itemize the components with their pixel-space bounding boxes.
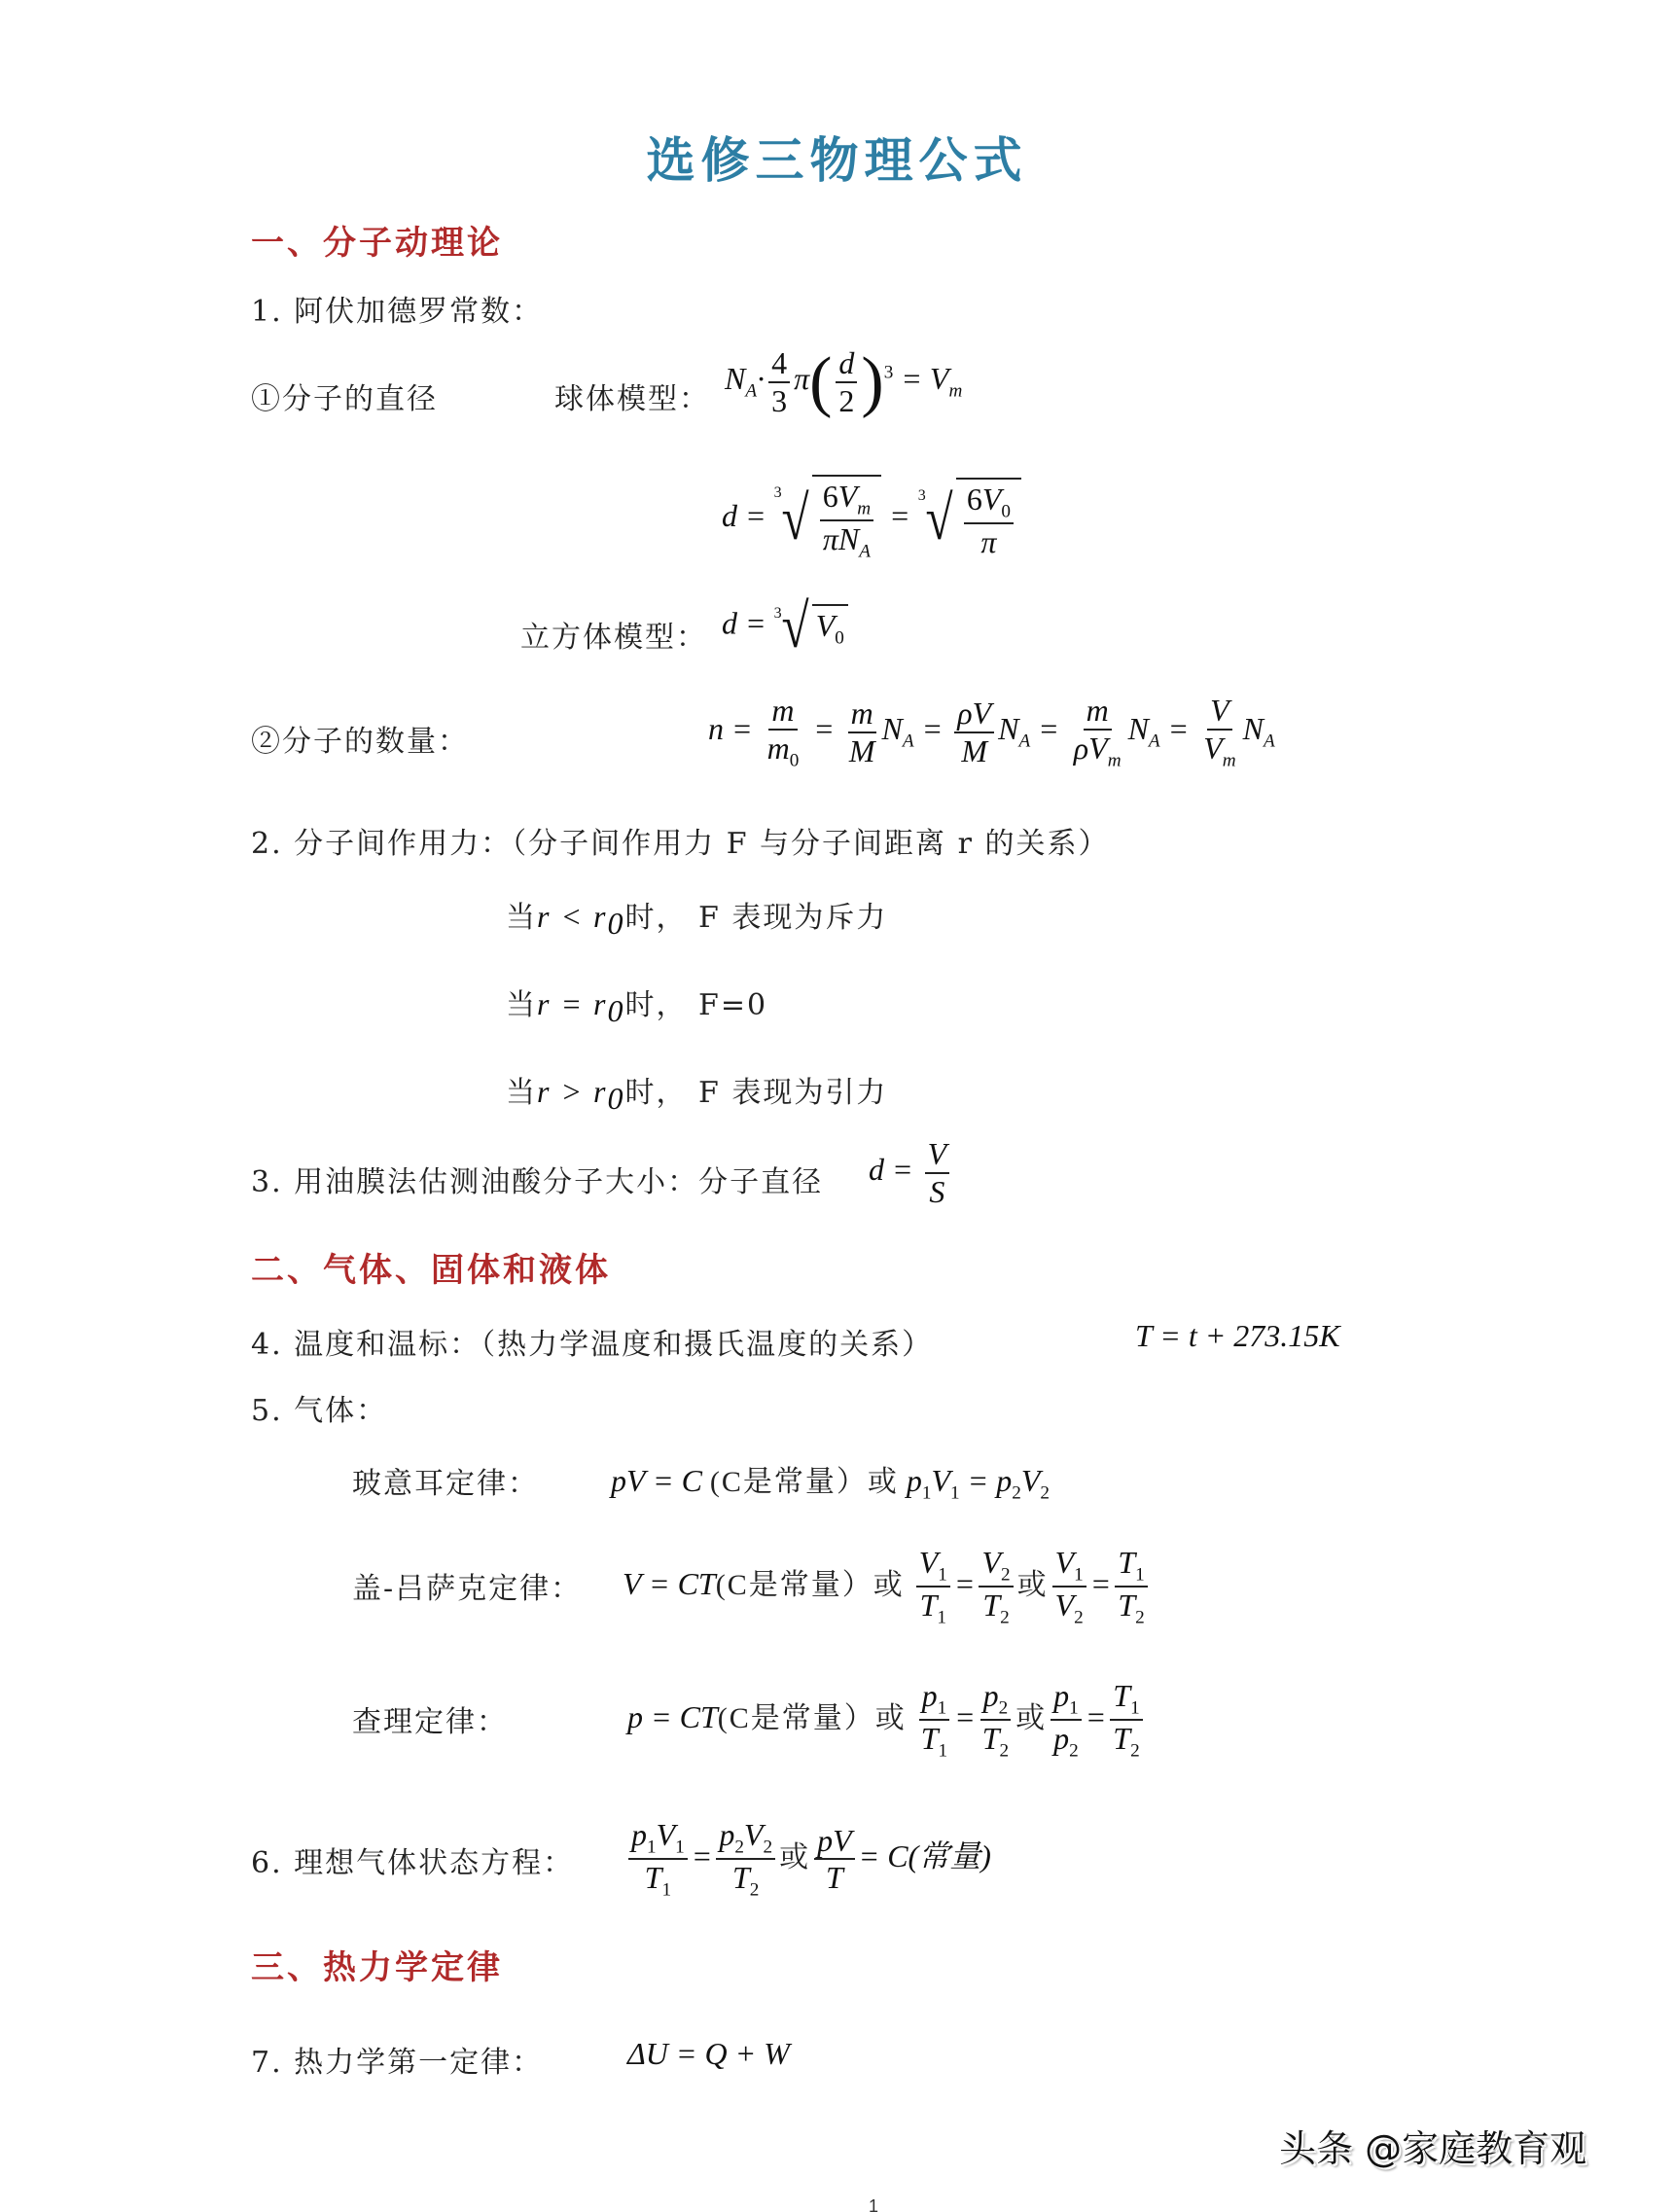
gay-lussac-law-label: 盖-吕萨克定律：: [352, 1564, 582, 1607]
section-heading-1: 一、分子动理论: [251, 216, 503, 264]
charles-law-label: 查理定律：: [352, 1697, 508, 1740]
diameter-formula: d = 3√6VmπNA = 3√6V0π: [722, 475, 1021, 563]
item-1b-label: ②分子的数量：: [251, 717, 469, 760]
sphere-model-formula: NA·43π(d2)3 = Vm: [725, 345, 962, 419]
boyle-law-formula: pV = C (C是常量）或 p1V1 = p2V2: [611, 1457, 1050, 1504]
boyle-law-label: 玻意耳定律：: [352, 1459, 539, 1502]
item-2-label: 2. 分子间作用力：（分子间作用力 F 与分子间距离 r 的关系）: [251, 819, 1109, 862]
cube-model-formula: d = 3√V0: [722, 595, 848, 658]
cube-model-label: 立方体模型：: [520, 613, 707, 656]
section-heading-3: 三、热力学定律: [251, 1941, 503, 1988]
force-case-attractive: 当r > r0时， F 表现为引力: [506, 1068, 887, 1117]
oil-film-formula: d = VS: [869, 1136, 953, 1210]
page-number: 1: [869, 2196, 878, 2212]
ideal-gas-formula: p1V1T1=p2V2T2或pVT= C(常量): [624, 1817, 991, 1902]
gay-lussac-law-formula: V = CT(C是常量）或 V1T1=V2T2或V1V2=T1T2: [623, 1545, 1152, 1629]
item-7-label: 7. 热力学第一定律：: [251, 2038, 543, 2081]
sphere-model-label: 球体模型：: [554, 375, 710, 417]
page-title: 选修三物理公式: [0, 122, 1674, 192]
molecule-count-formula: n = mm0 = mMNA = ρVMNA = mρVmNA = VVmNA: [708, 693, 1275, 771]
item-6-label: 6. 理想气体状态方程：: [251, 1838, 574, 1881]
section-heading-2: 二、气体、固体和液体: [251, 1243, 611, 1291]
item-1-label: 1. 阿伏加德罗常数：: [251, 287, 543, 330]
watermark: 头条 @家庭教育观: [1279, 2119, 1586, 2172]
item-1a-label: ①分子的直径: [251, 375, 438, 417]
force-case-repulsive: 当r < r0时， F 表现为斥力: [506, 893, 887, 942]
item-5-label: 5. 气体：: [251, 1386, 387, 1429]
charles-law-formula: p = CT(C是常量）或 p1T1=p2T2或p1p2=T1T2: [627, 1678, 1147, 1763]
force-case-zero: 当r = r0时， F=0: [506, 981, 767, 1029]
temperature-formula: T = t + 273.15K: [1135, 1318, 1340, 1354]
first-law-formula: ΔU = Q + W: [627, 2036, 790, 2072]
item-4-label: 4. 温度和温标：（热力学温度和摄氏温度的关系）: [251, 1320, 933, 1363]
item-3-label: 3. 用油膜法估测油酸分子大小：分子直径: [251, 1158, 823, 1200]
